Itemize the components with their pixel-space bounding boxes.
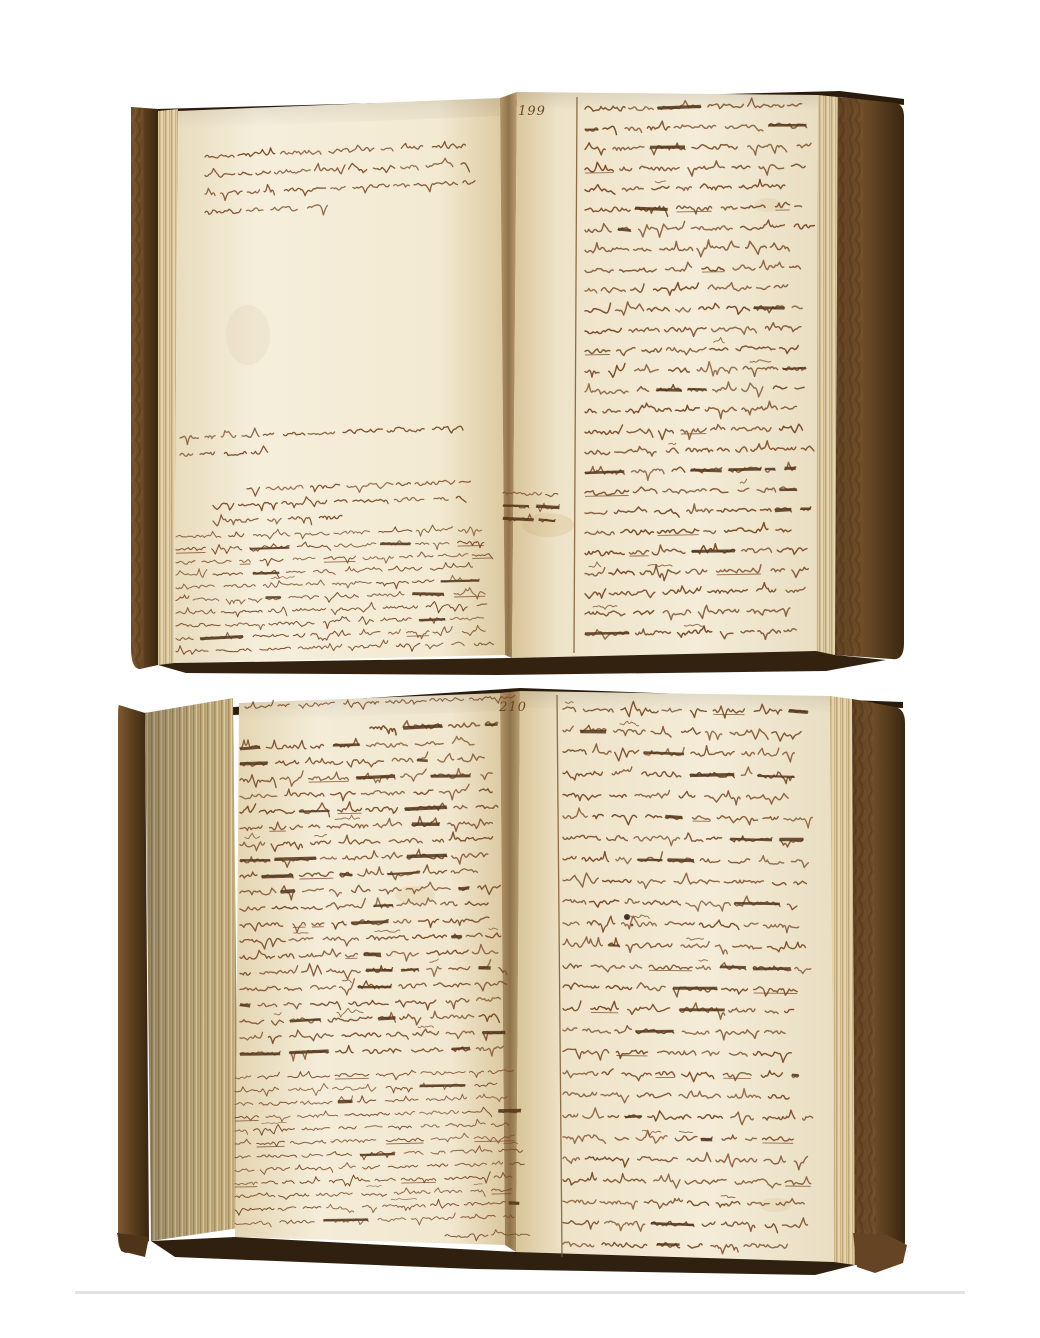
left-board-leather (118, 705, 149, 1253)
manuscript-book-photo-lower: 210 (115, 685, 910, 1285)
page-number-lower: 210 (498, 700, 527, 715)
left-board-marbling (131, 107, 144, 669)
right-page-edges (830, 696, 855, 1265)
left-board-worn-corner (117, 1233, 149, 1257)
closed-leaves-shading (145, 698, 239, 1241)
right-page (512, 92, 818, 658)
page-number-upper: 199 (518, 104, 546, 119)
right-page-edges (816, 95, 838, 655)
catalog-photo-canvas: 199 (0, 0, 1040, 1338)
right-board-marbling (852, 699, 876, 1265)
ink-blot (624, 914, 630, 920)
layout-divider-line (75, 1291, 965, 1294)
left-page (174, 98, 505, 663)
right-board-marbling (835, 97, 864, 656)
manuscript-book-photo-upper: 199 (128, 85, 908, 677)
